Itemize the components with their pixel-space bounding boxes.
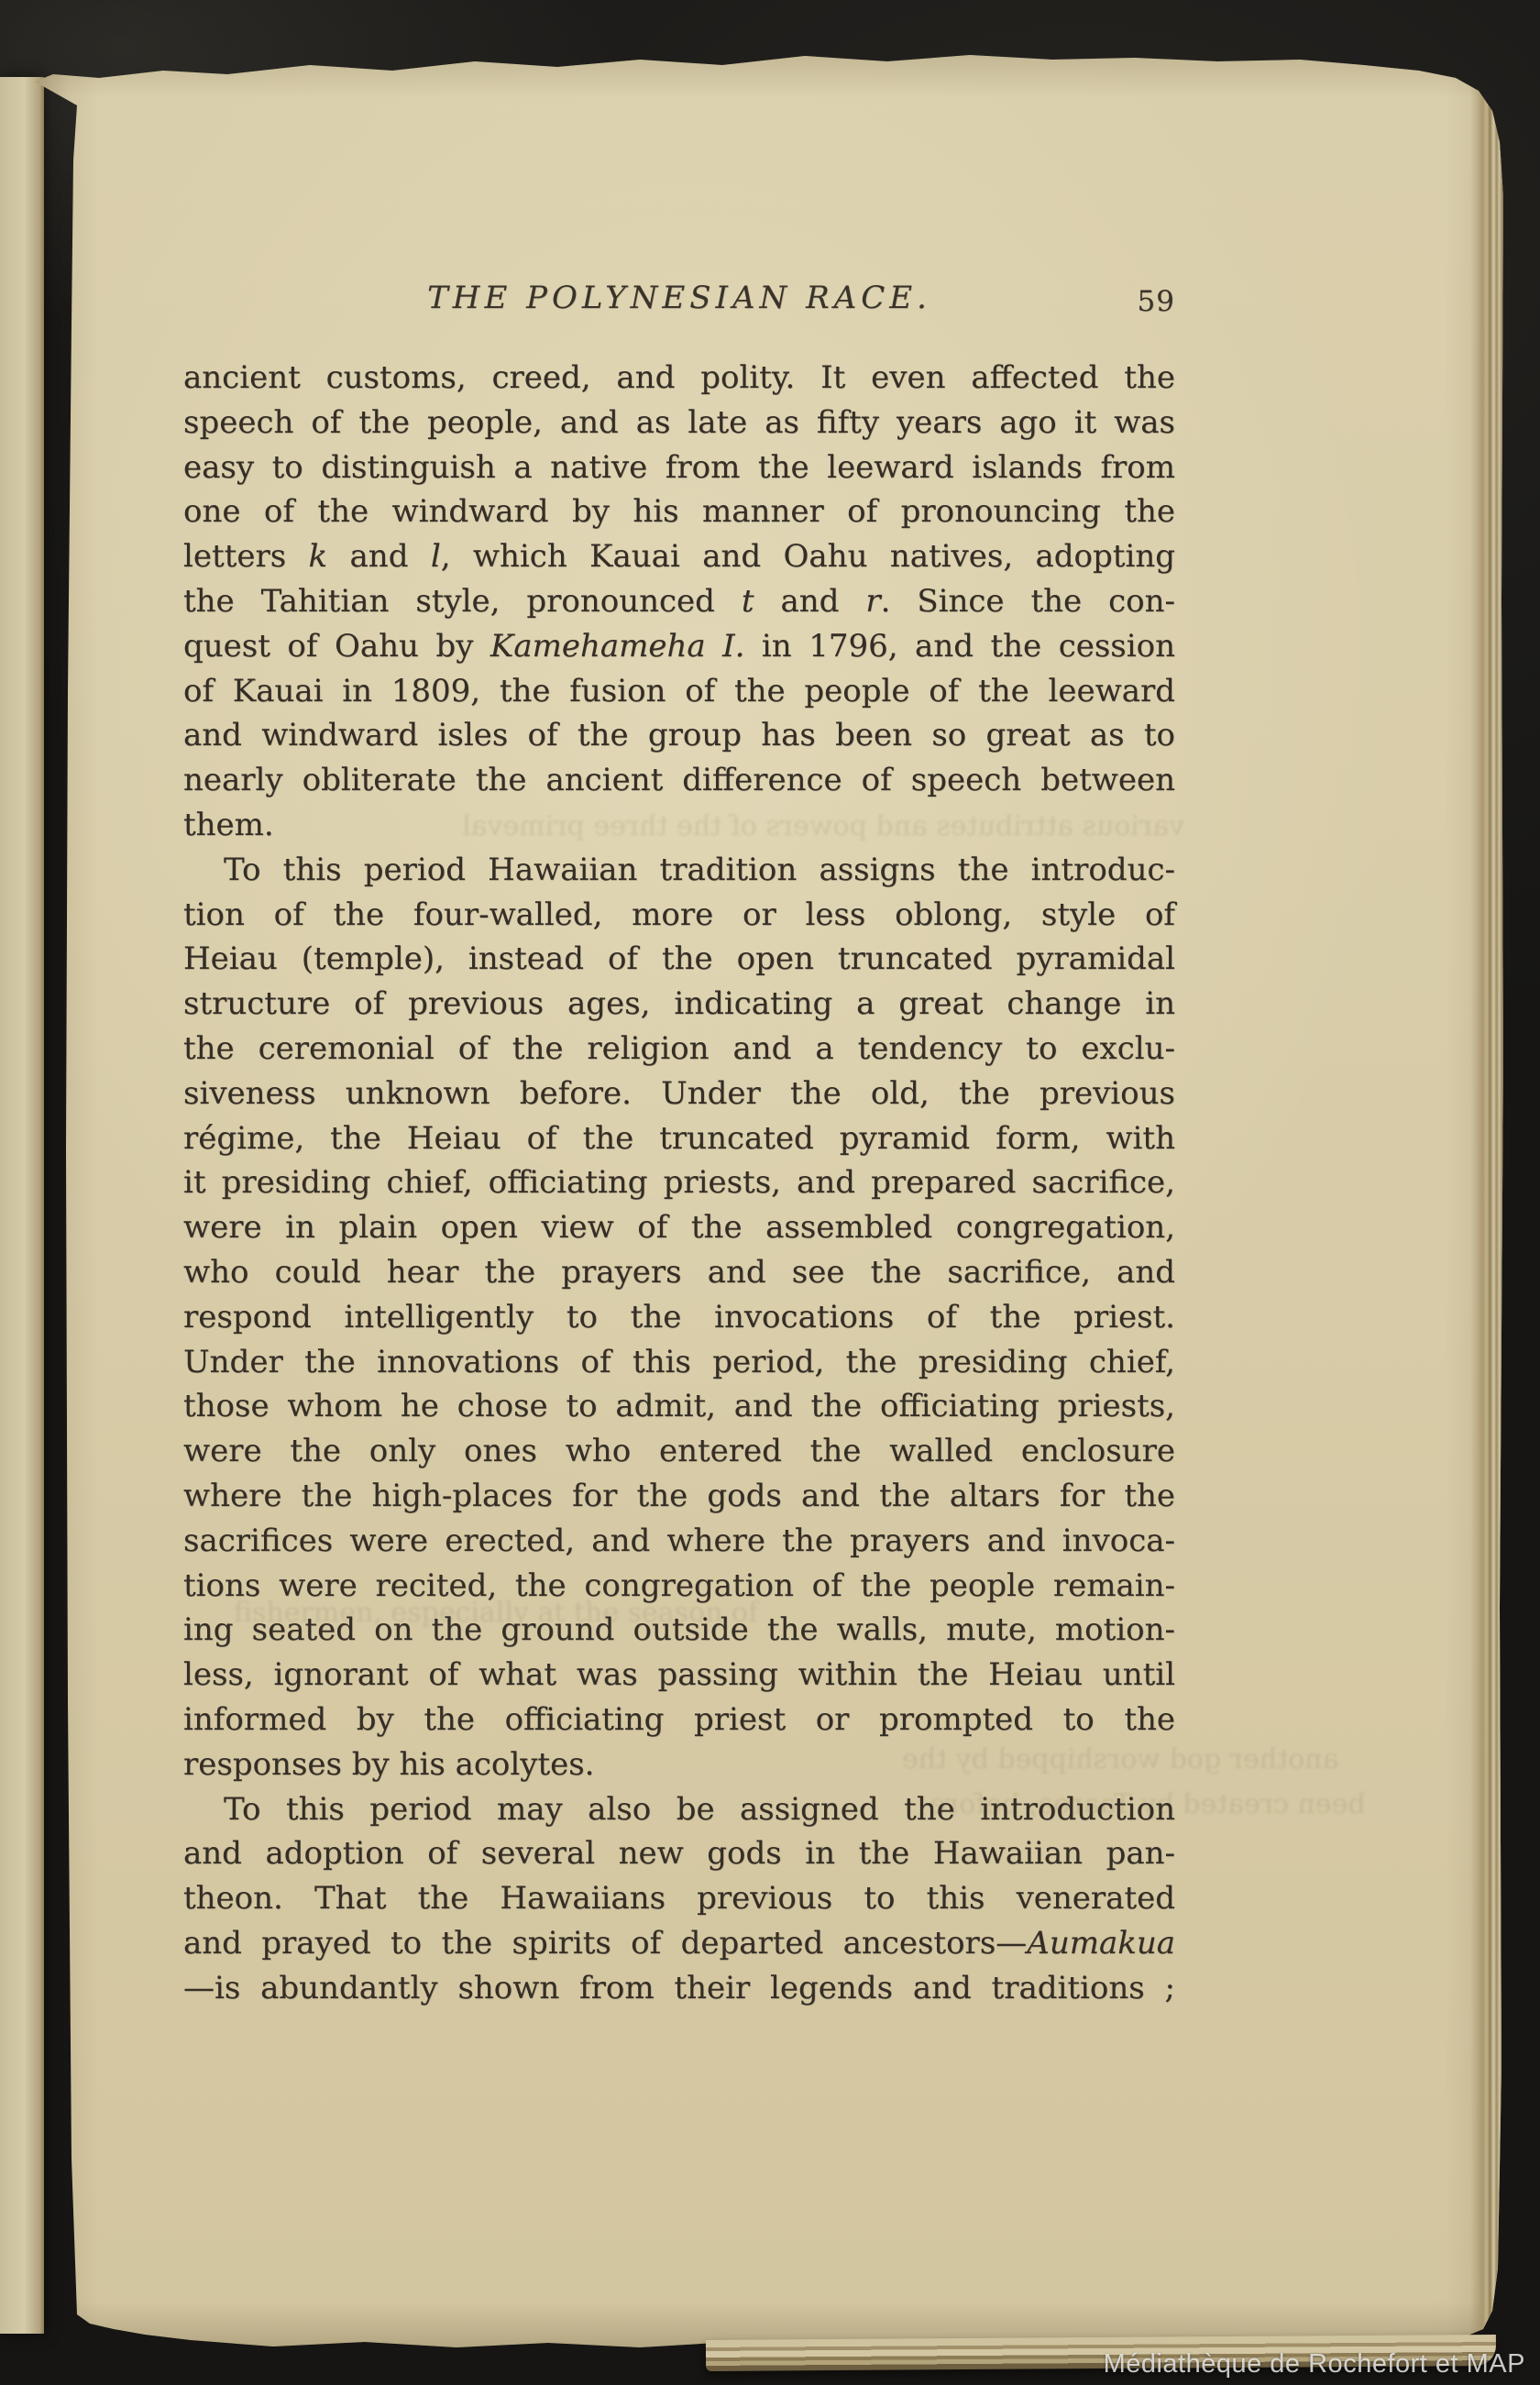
text-segment: , which Kauai and Oahu natives, adopting bbox=[441, 538, 1175, 575]
underlying-page-edge bbox=[0, 77, 44, 2334]
text-line: the ceremonial of the religion and a ten… bbox=[183, 1027, 1175, 1072]
running-header-title: THE POLYNESIAN RACE. bbox=[427, 280, 931, 316]
text-segment: and bbox=[754, 583, 866, 620]
italic-text-segment: l bbox=[431, 538, 441, 575]
text-line: nearly obliterate the ancient difference… bbox=[183, 758, 1175, 803]
text-line: ing seated on the ground outside the wal… bbox=[183, 1608, 1175, 1653]
text-line: régime, the Heiau of the truncated pyram… bbox=[183, 1116, 1175, 1161]
text-line: and prayed to the spirits of departed an… bbox=[183, 1921, 1175, 1966]
watermark: Médiathèque de Rochefort et MAP bbox=[1104, 2349, 1525, 2380]
text-line: those whom he chose to admit, and the of… bbox=[183, 1384, 1175, 1429]
text-line: responses by his acolytes. bbox=[183, 1742, 1175, 1787]
text-line: To this period may also be assigned the … bbox=[183, 1787, 1175, 1832]
text-line: structure of previous ages, indicating a… bbox=[183, 982, 1175, 1027]
text-line: them. bbox=[183, 803, 1175, 848]
text-line: were in plain open view of the assembled… bbox=[183, 1205, 1175, 1250]
book-scan-backdrop: various attributes and powers of the thr… bbox=[0, 0, 1540, 2385]
text-segment: . Since the con- bbox=[881, 583, 1175, 620]
text-line: less, ignorant of what was passing withi… bbox=[183, 1653, 1175, 1698]
text-segment: and bbox=[327, 538, 431, 575]
book-page: various attributes and powers of the thr… bbox=[35, 50, 1503, 2353]
text-block: ancient customs, creed, and polity. It e… bbox=[183, 356, 1175, 2010]
text-line: and windward isles of the group has been… bbox=[183, 713, 1175, 758]
text-line: Under the innovations of this period, th… bbox=[183, 1340, 1175, 1385]
text-line: where the high-places for the gods and t… bbox=[183, 1474, 1175, 1519]
italic-text-segment: r bbox=[865, 583, 880, 620]
text-line: it presiding chief, officiating priests,… bbox=[183, 1160, 1175, 1205]
text-line: letters k and l, which Kauai and Oahu na… bbox=[183, 534, 1175, 579]
text-line: who could hear the prayers and see the s… bbox=[183, 1250, 1175, 1295]
page-fore-edge bbox=[1470, 67, 1503, 2344]
italic-text-segment: Kamehameha I. bbox=[490, 628, 744, 665]
text-line: speech of the people, and as late as fif… bbox=[183, 401, 1175, 445]
text-segment: in 1796, and the cession bbox=[744, 628, 1175, 665]
page-number: 59 bbox=[1138, 281, 1175, 322]
text-line: tion of the four-walled, more or less ob… bbox=[183, 893, 1175, 938]
text-line: were the only ones who entered the walle… bbox=[183, 1429, 1175, 1474]
text-line: quest of Oahu by Kamehameha I. in 1796, … bbox=[183, 624, 1175, 669]
text-line: To this period Hawaiian tradition assign… bbox=[183, 848, 1175, 893]
text-line: ancient customs, creed, and polity. It e… bbox=[183, 356, 1175, 401]
italic-text-segment: Aumakua bbox=[1027, 1925, 1175, 1962]
text-line: —is abundantly shown from their legends … bbox=[183, 1966, 1175, 2011]
italic-text-segment: k bbox=[309, 538, 328, 575]
text-line: easy to distinguish a native from the le… bbox=[183, 445, 1175, 490]
text-line: tions were recited, the congregation of … bbox=[183, 1564, 1175, 1609]
text-segment: and prayed to the spirits of departed an… bbox=[183, 1925, 1027, 1962]
text-line: of Kauai in 1809, the fusion of the peop… bbox=[183, 669, 1175, 714]
text-segment: letters bbox=[183, 538, 309, 575]
text-line: Heiau (temple), instead of the open trun… bbox=[183, 937, 1175, 982]
text-line: the Tahitian style, pronounced t and r. … bbox=[183, 579, 1175, 624]
italic-text-segment: t bbox=[742, 583, 754, 620]
running-header: THE POLYNESIAN RACE. 59 bbox=[183, 278, 1175, 322]
text-line: informed by the officiating priest or pr… bbox=[183, 1698, 1175, 1742]
text-line: sacrifices were erected, and where the p… bbox=[183, 1519, 1175, 1564]
text-line: respond intelligently to the invocations… bbox=[183, 1295, 1175, 1340]
text-line: one of the windward by his manner of pro… bbox=[183, 489, 1175, 534]
text-segment: the Tahitian style, pronounced bbox=[183, 583, 742, 620]
text-line: and adoption of several new gods in the … bbox=[183, 1831, 1175, 1876]
text-line: siveness unknown before. Under the old, … bbox=[183, 1072, 1175, 1116]
text-segment: quest of Oahu by bbox=[183, 628, 490, 665]
text-line: theon. That the Hawaiians previous to th… bbox=[183, 1876, 1175, 1921]
